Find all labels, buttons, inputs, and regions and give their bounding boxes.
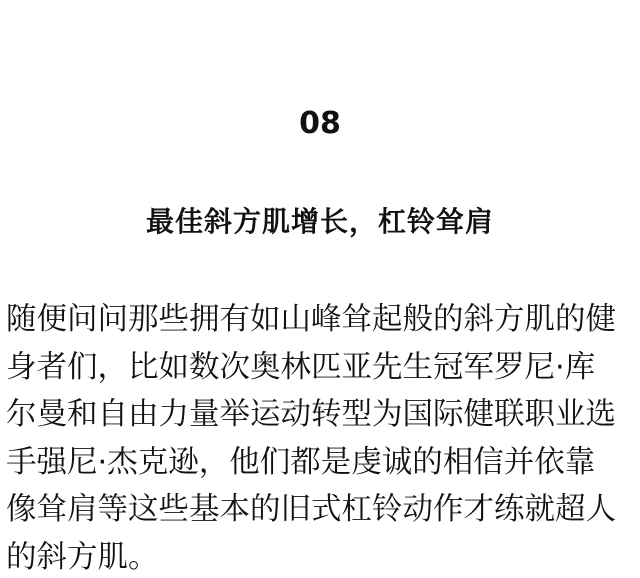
body-line: 的斜方肌。 <box>6 534 636 578</box>
body-line: 身者们，比如数次奥林匹亚先生冠军罗尼·库 <box>6 344 636 392</box>
section-title: 最佳斜方肌增长，杠铃耸肩 <box>0 200 640 244</box>
body-line: 像耸肩等这些基本的旧式杠铃动作才练就超人 <box>6 486 636 534</box>
body-line: 尔曼和自由力量举运动转型为国际健联职业选 <box>6 391 636 439</box>
body-line: 手强尼·杰克逊，他们都是虔诚的相信并依靠 <box>6 439 636 487</box>
body-line: 随便问问那些拥有如山峰耸起般的斜方肌的健 <box>6 296 636 344</box>
body-paragraph: 随便问问那些拥有如山峰耸起般的斜方肌的健 身者们，比如数次奥林匹亚先生冠军罗尼·… <box>6 296 636 578</box>
section-number: 08 <box>0 104 640 144</box>
